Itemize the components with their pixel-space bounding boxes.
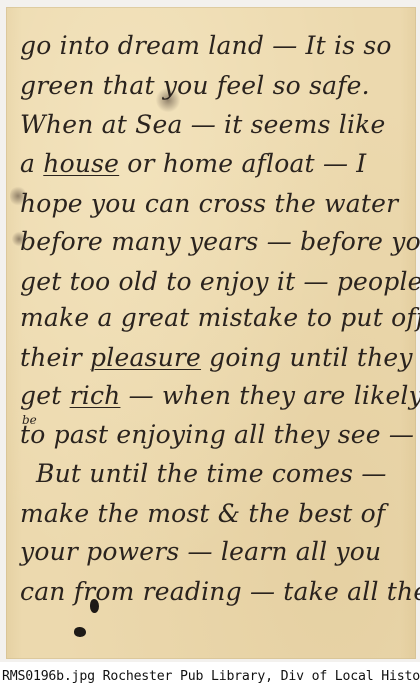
underlined-word: pleasure: [90, 343, 201, 372]
letter-line-11: to past enjoying all they see —: [20, 422, 414, 447]
ink-blot: [74, 627, 86, 637]
letter-line-13: make the most & the best of: [20, 501, 385, 526]
letter-line-14: your powers — learn all you: [20, 539, 381, 564]
letter-line-7: get too old to enjoy it — people: [20, 269, 420, 294]
letter-line-3: When at Sea — it seems like: [20, 112, 385, 137]
letter-line-5: hope you can cross the water: [20, 191, 398, 216]
letter-page: go into dream land — It is so green that…: [6, 7, 416, 659]
letter-line-4: a house or home afloat — I: [20, 151, 366, 176]
letter-line-12: But until the time comes —: [36, 461, 387, 486]
underlined-word: house: [43, 149, 119, 178]
letter-line-9: their pleasure going until they: [20, 345, 413, 370]
letter-line-10: get rich — when they are likely: [20, 383, 420, 408]
underlined-word: rich: [70, 381, 121, 410]
letter-line-8: make a great mistake to put off: [20, 305, 420, 330]
image-caption: RMS0196b.jpg Rochester Pub Library, Div …: [2, 669, 420, 684]
letter-line-6: before many years — before you: [20, 229, 420, 254]
letter-line-2: green that you feel so safe.: [20, 73, 370, 98]
letter-line-1: go into dream land — It is so: [20, 33, 392, 58]
scan-frame: go into dream land — It is so green that…: [0, 0, 420, 662]
letter-line-15: can from reading — take all the: [20, 579, 420, 604]
